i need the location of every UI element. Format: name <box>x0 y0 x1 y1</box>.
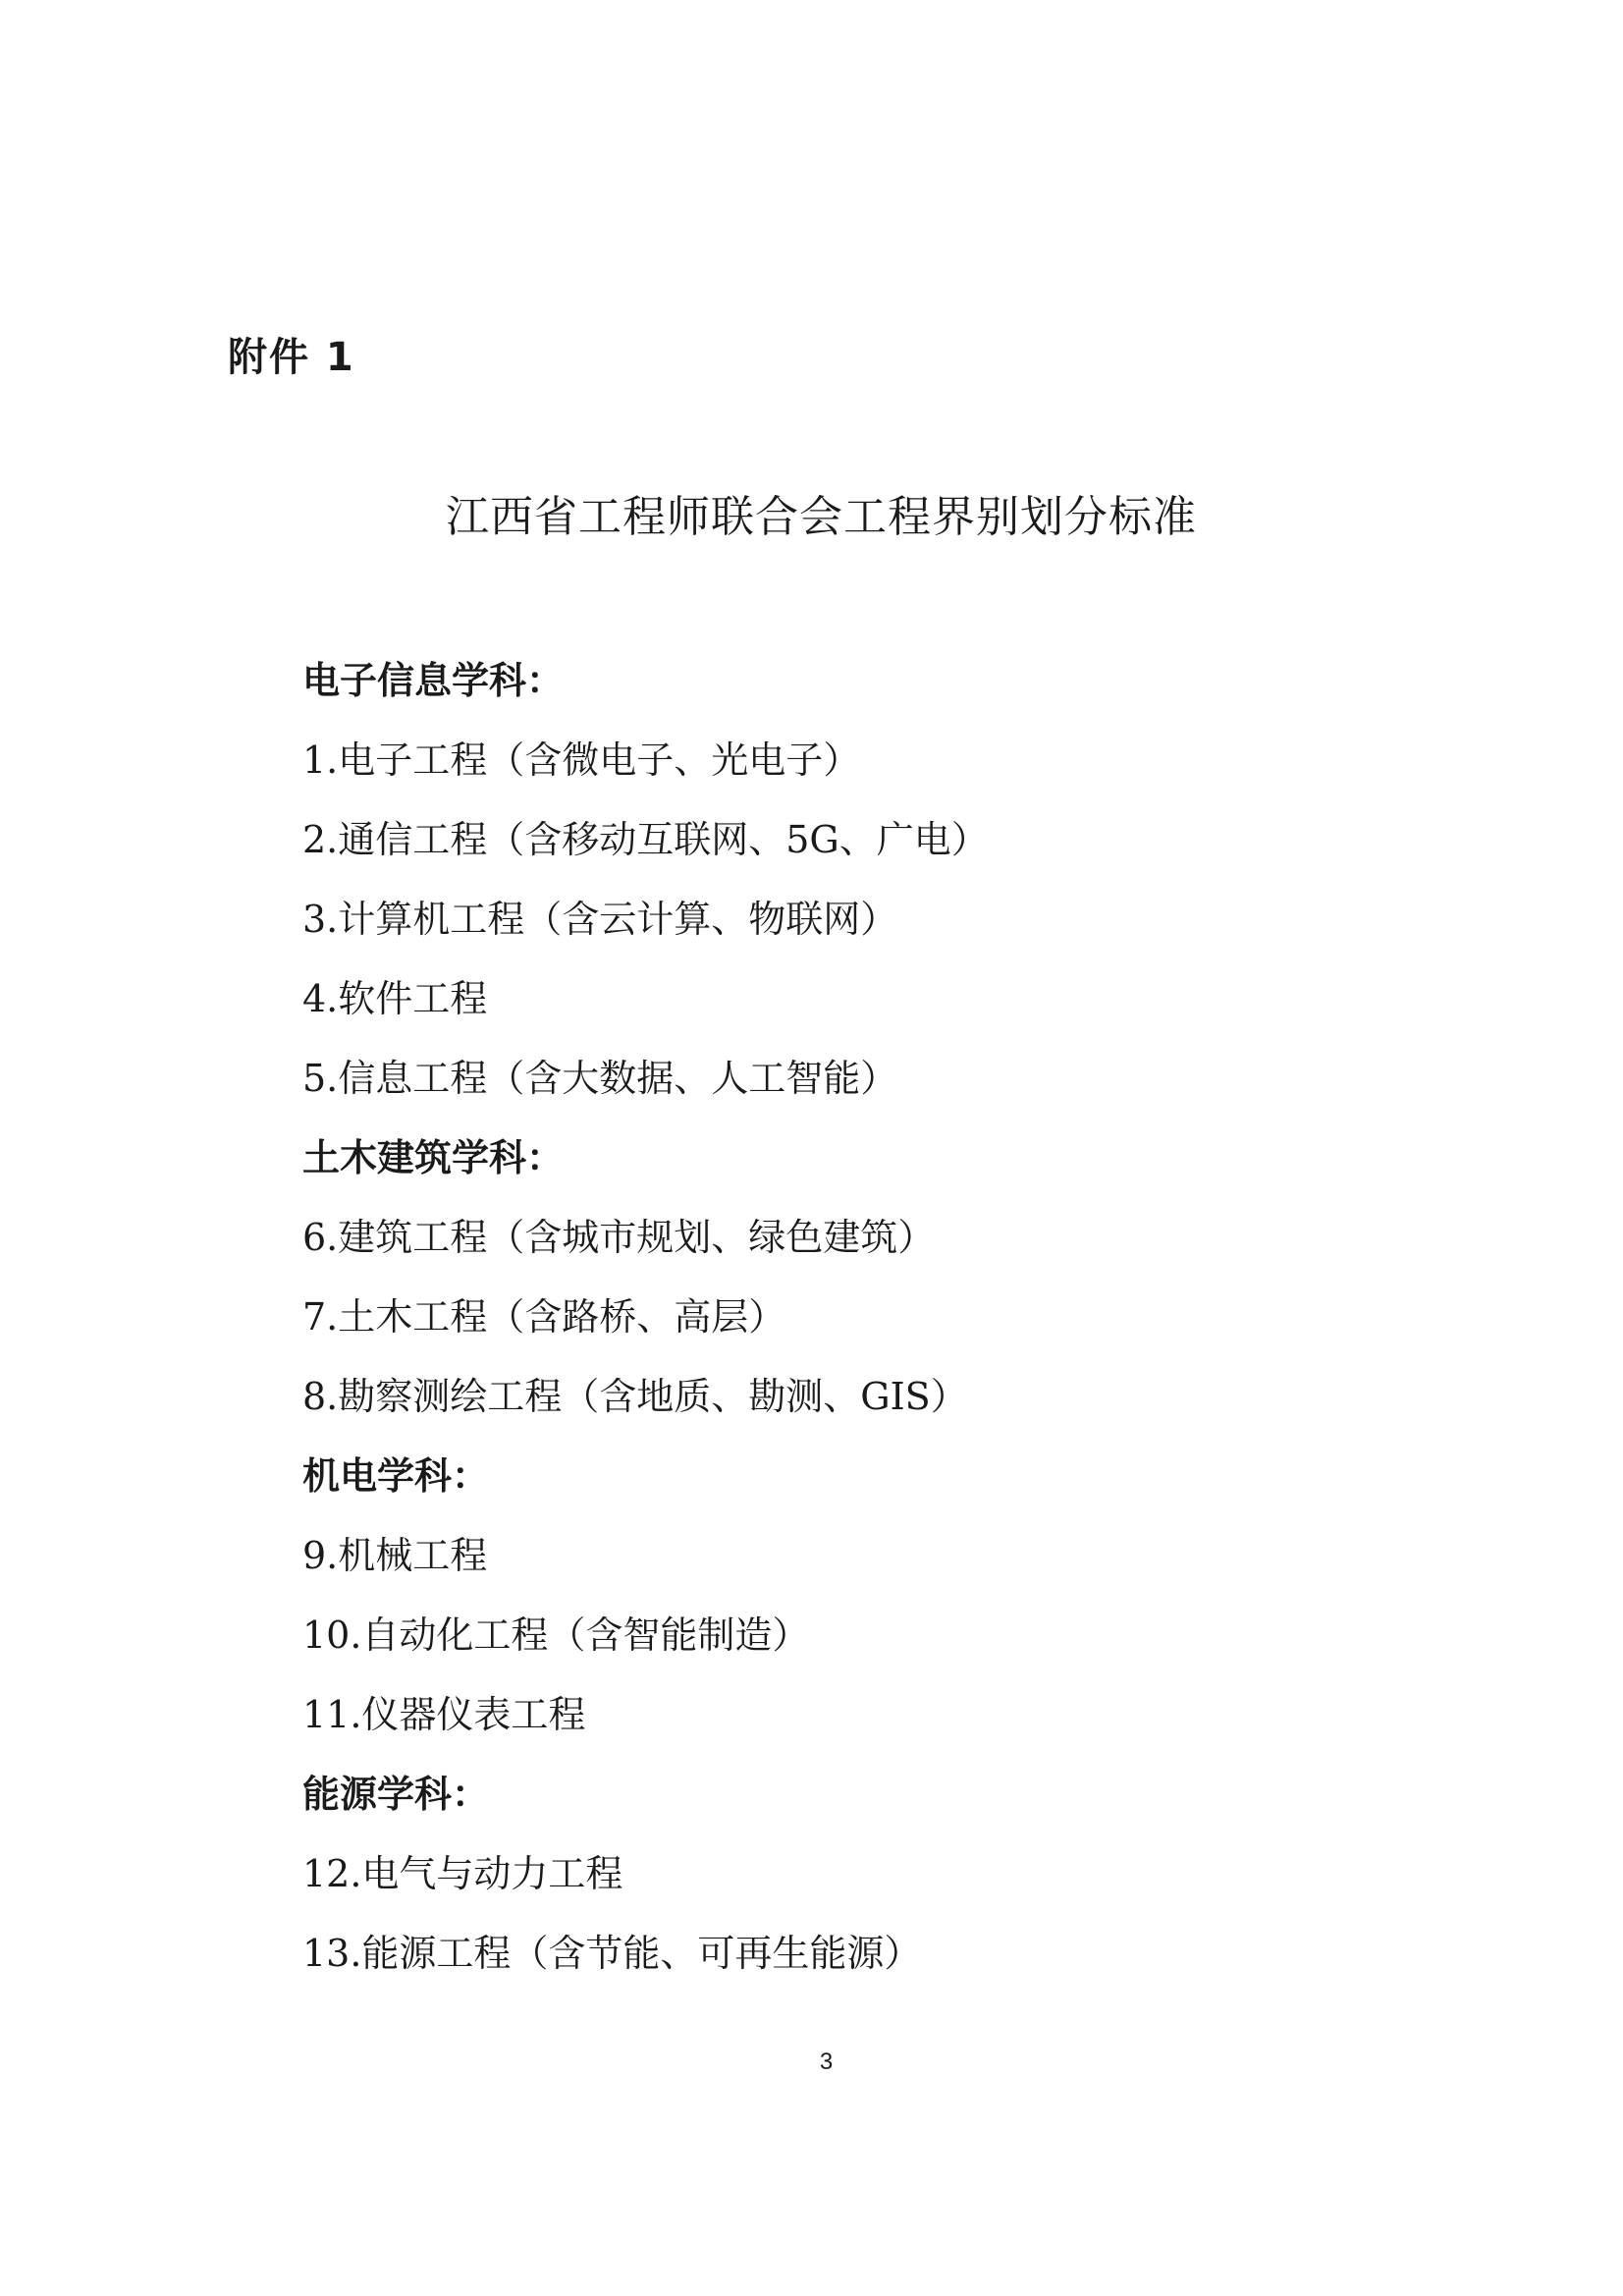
document-title: 江西省工程师联合会工程界别划分标准 <box>0 488 1623 547</box>
list-item: 8.勘察测绘工程（含地质、勘测、GIS） <box>302 1372 1382 1451</box>
list-item: 6.建筑工程（含城市规划、绿色建筑） <box>302 1213 1382 1292</box>
list-item: 13.能源工程（含节能、可再生能源） <box>302 1929 1382 2008</box>
list-item: 7.土木工程（含路桥、高层） <box>302 1292 1382 1372</box>
attachment-label: 附件 1 <box>228 332 355 383</box>
section-header-civil-architecture: 土木建筑学科： <box>302 1133 1382 1213</box>
list-item: 10.自动化工程（含智能制造） <box>302 1611 1382 1690</box>
section-header-electronics: 电子信息学科： <box>302 656 1382 736</box>
list-item: 5.信息工程（含大数据、人工智能） <box>302 1054 1382 1133</box>
list-item: 12.电气与动力工程 <box>302 1849 1382 1929</box>
list-item: 1.电子工程（含微电子、光电子） <box>302 736 1382 815</box>
category-list: 电子信息学科： 1.电子工程（含微电子、光电子） 2.通信工程（含移动互联网、5… <box>302 656 1382 2008</box>
section-header-energy: 能源学科： <box>302 1770 1382 1849</box>
list-item: 2.通信工程（含移动互联网、5G、广电） <box>302 815 1382 895</box>
list-item: 9.机械工程 <box>302 1531 1382 1611</box>
list-item: 11.仪器仪表工程 <box>302 1690 1382 1770</box>
page-number: 3 <box>0 2048 1623 2077</box>
list-item: 4.软件工程 <box>302 974 1382 1054</box>
section-header-mechatronics: 机电学科： <box>302 1451 1382 1531</box>
list-item: 3.计算机工程（含云计算、物联网） <box>302 895 1382 974</box>
